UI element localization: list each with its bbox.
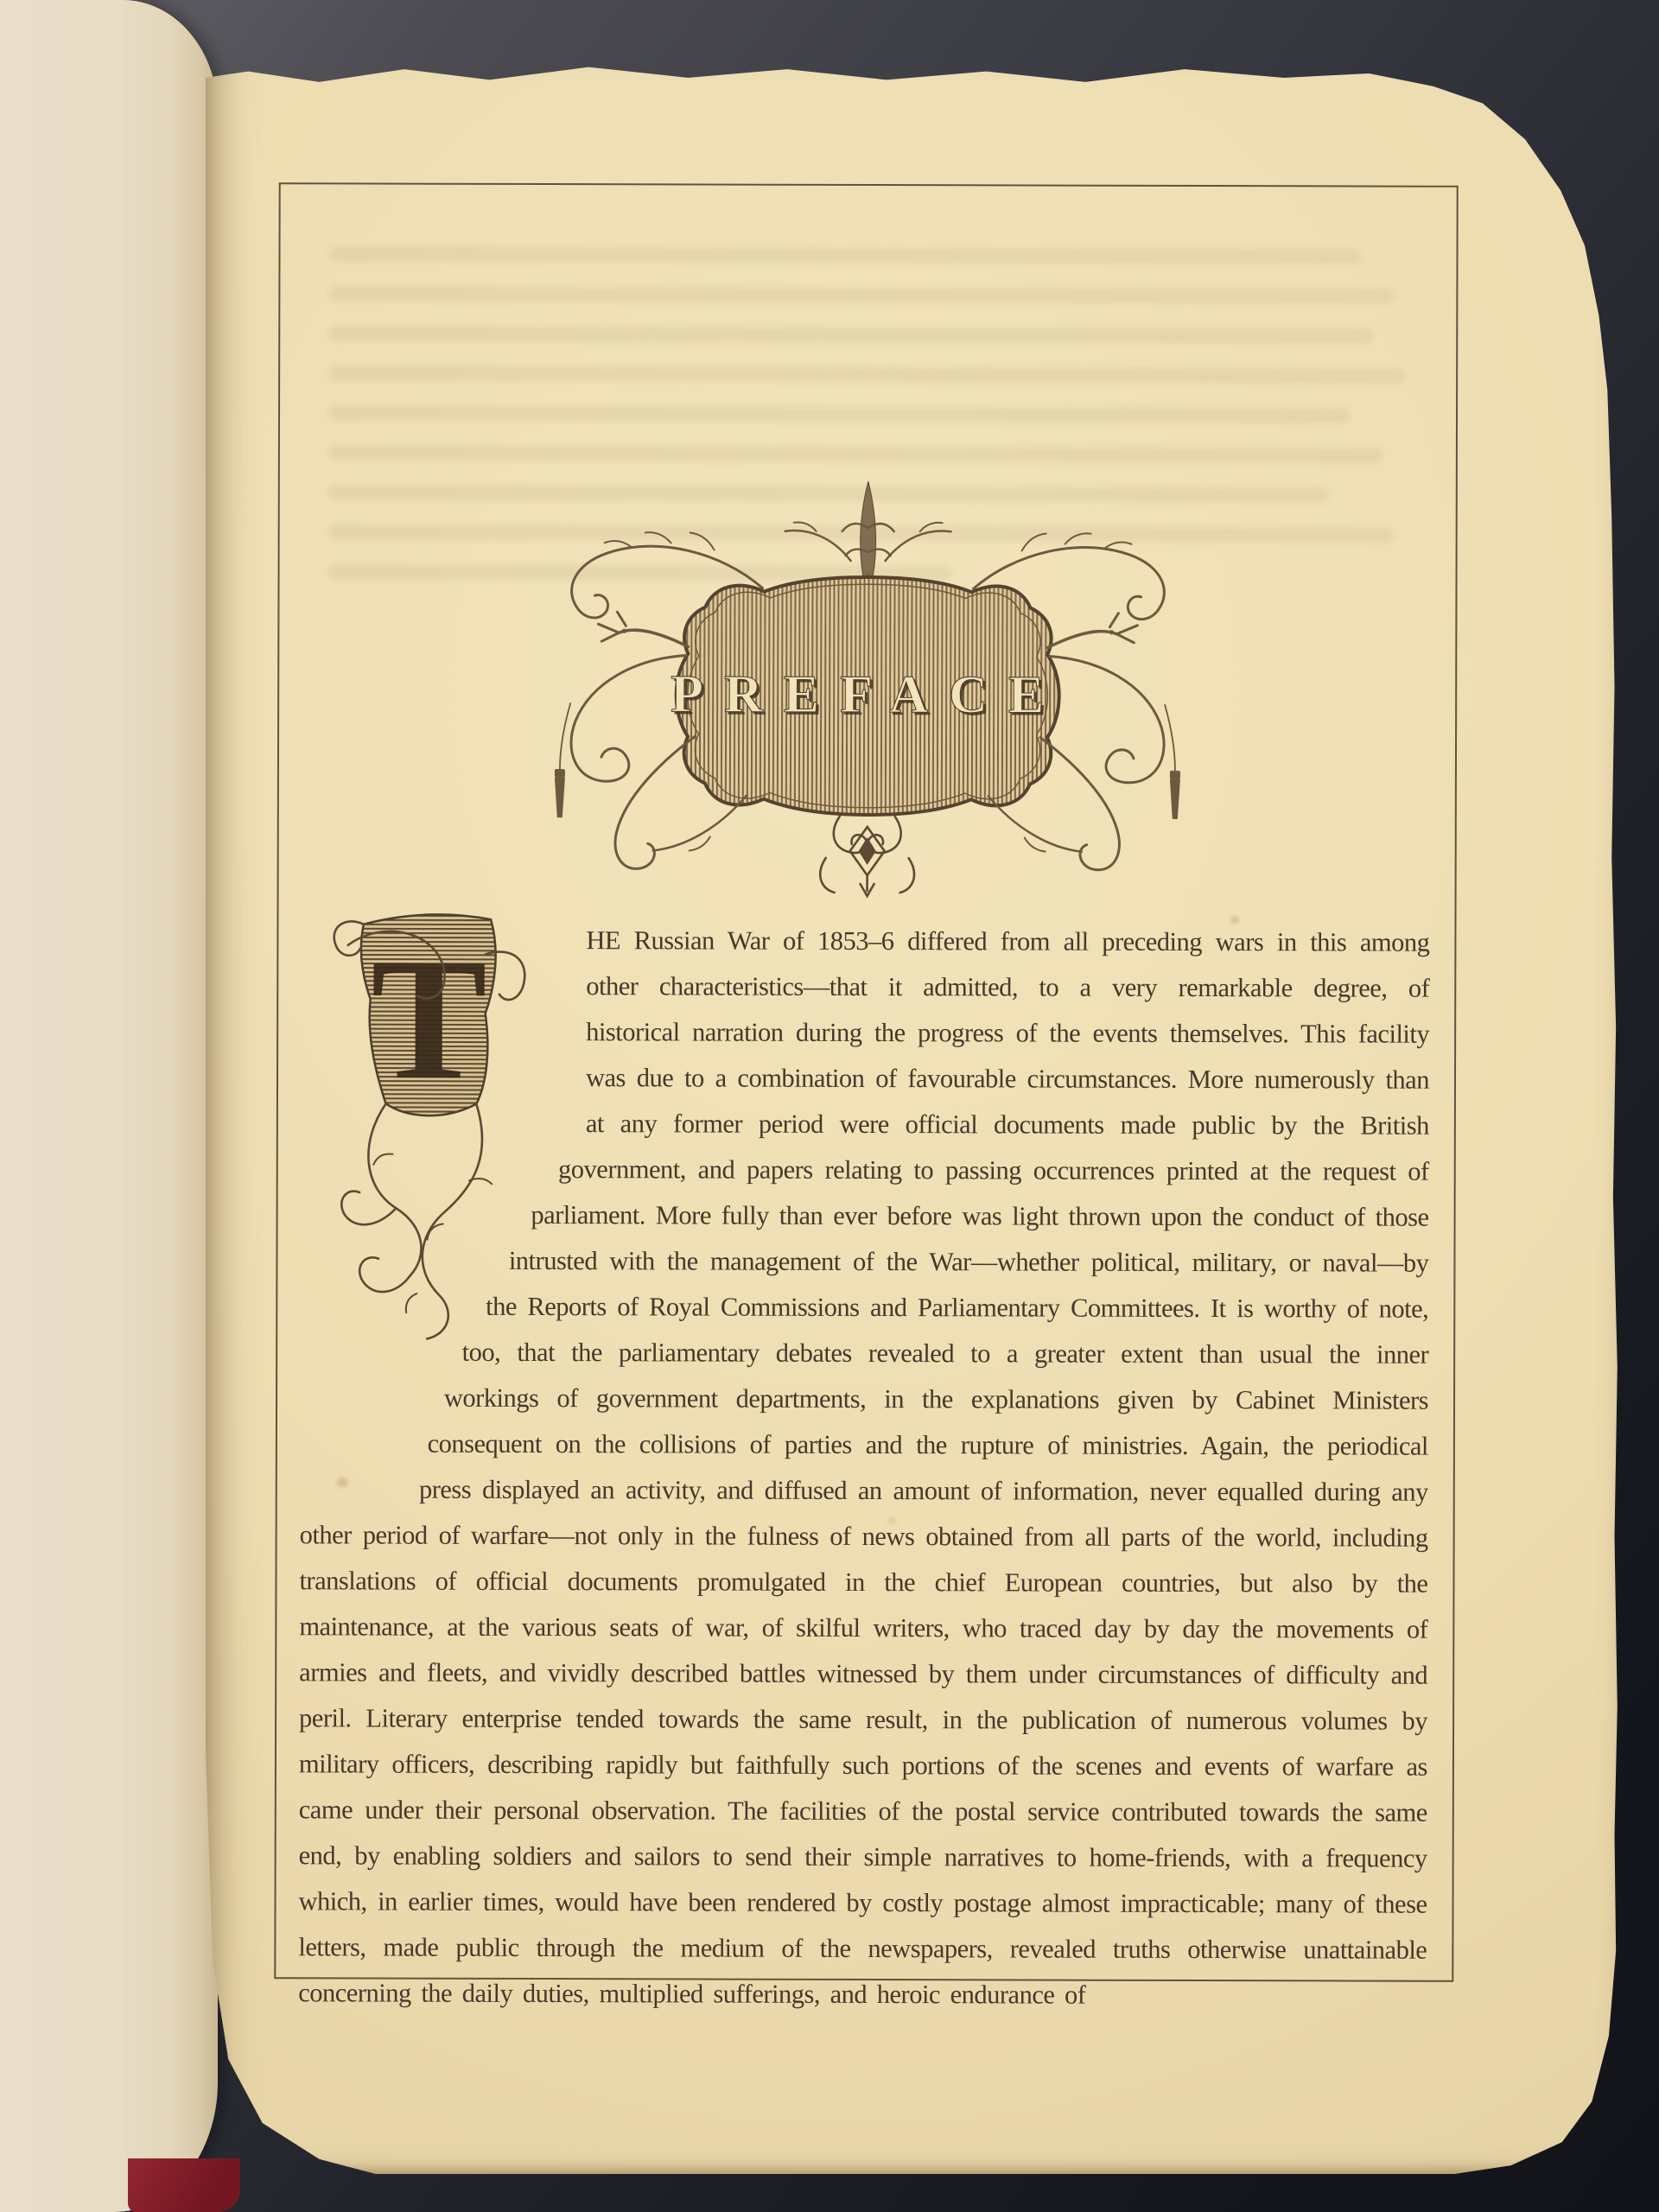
page-border-frame: PREFACE PREFACE T	[274, 182, 1458, 1982]
preface-title: PREFACE	[670, 664, 1064, 724]
preface-cartouche-engraving: PREFACE PREFACE	[486, 477, 1248, 911]
left-page-edge	[0, 0, 218, 2212]
book-cover-red	[128, 2158, 240, 2212]
preface-paragraph-block: T HE Russian War of 1853–6 differed	[298, 917, 1429, 2018]
book-photo: PREFACE PREFACE T	[0, 0, 1659, 2212]
preface-ornament: PREFACE PREFACE	[486, 477, 1248, 915]
pendant-ornament	[820, 817, 914, 896]
book-page: PREFACE PREFACE T	[206, 50, 1624, 2174]
drop-cap-letter: T	[371, 922, 486, 1116]
